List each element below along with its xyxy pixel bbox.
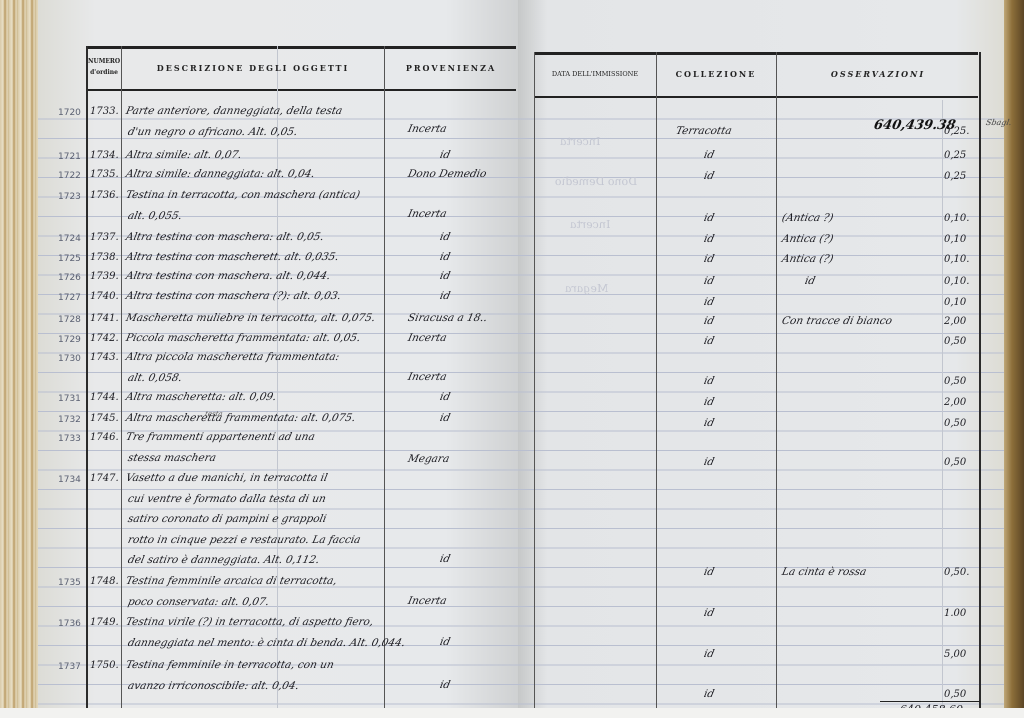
row-osservazioni: Antica (?) [781, 233, 835, 245]
entry-description-line: Testina femminile in terracotta, con un [125, 659, 335, 671]
left-table-left-border [86, 46, 88, 708]
row-valore: 0,50 [944, 457, 966, 468]
margin-number: 1721 [58, 152, 81, 162]
entry-description-line: Altra piccola mascheretta frammentata: [125, 351, 341, 363]
entry-description-line: rotto in cinque pezzi e restaurato. La f… [127, 534, 362, 546]
right-page [518, 0, 1004, 718]
bleed-through-line [277, 46, 278, 708]
right-table-top-border [534, 52, 978, 55]
entry-description-line: alt. 0,055. [127, 210, 183, 222]
right-table-left-border [534, 52, 535, 708]
left-header-bottom-border [86, 89, 516, 91]
header-collezione: COLLEZIONE [658, 69, 774, 79]
row-valore: 5,00 [944, 649, 966, 660]
margin-number: 1728 [58, 315, 81, 325]
margin-number: 1724 [58, 234, 81, 244]
total-underline [880, 701, 980, 702]
entry-description-line: Altra testina con maschera. alt. 0,044. [125, 270, 332, 282]
entry-number: 1747. [90, 473, 119, 484]
row-valore: 1.00 [944, 608, 966, 619]
entry-number: 1737. [90, 232, 119, 243]
row-valore: 0,50 [944, 376, 966, 387]
entry-number: 1748. [90, 576, 119, 587]
row-osservazioni: La cinta è rossa [781, 566, 868, 578]
entry-description-line: Piccola mascheretta frammentata: alt. 0,… [125, 332, 362, 344]
row-osservazioni: Antica (?) [781, 253, 835, 265]
bleed-through-text: Incerta [559, 135, 602, 148]
col-divider-numero [121, 46, 122, 708]
ruled-lines [518, 100, 1004, 718]
row-valore: 0,10. [944, 254, 969, 265]
header-descrizione: DESCRIZIONE DEGLI OGGETTI [124, 63, 382, 73]
entry-description-line: Tre frammenti appartenenti ad una [125, 431, 316, 443]
entry-description-line: Altra testina con maschera: alt. 0,05. [125, 231, 325, 243]
col-divider-provenienza [384, 46, 385, 708]
bottom-strip [0, 708, 1024, 718]
entry-description-line: satiro coronato di pampini e grappoli [127, 513, 328, 525]
entry-provenienza: Incerta [407, 595, 448, 607]
row-valore: 2,00 [944, 397, 966, 408]
entry-description-line: d'un negro o africano. Alt. 0,05. [127, 126, 299, 138]
entry-provenienza: Incerta [407, 371, 448, 383]
margin-number: 1733 [58, 434, 81, 444]
entry-description-line: Altra mascheretta frammentata: alt. 0,07… [125, 412, 357, 424]
entry-description-line: Mascheretta muliebre in terracotta, alt.… [125, 312, 377, 324]
entry-description-line: Vasetto a due manichi, in terracotta il [125, 472, 329, 484]
margin-number: 1727 [58, 293, 81, 303]
margin-number: 1722 [58, 171, 81, 181]
margin-number: 1726 [58, 273, 81, 283]
entry-number: 1742. [90, 333, 119, 344]
entry-number: 1741. [90, 313, 119, 324]
header-data-immissione: DATA DELL'IMMISSIONE [536, 70, 654, 78]
entry-description-line: del satiro è danneggiata. Alt. 0,112. [127, 554, 321, 566]
entry-number: 1740. [90, 291, 119, 302]
entry-description-line: Altra testina con mascherett. alt. 0,035… [125, 251, 340, 263]
margin-number: 1735 [58, 578, 81, 588]
entry-provenienza: Incerta [407, 208, 448, 220]
margin-number: 1720 [58, 108, 81, 118]
entry-description-line: cui ventre è formato dalla testa di un [127, 493, 327, 505]
entry-number: 1750. [90, 660, 119, 671]
bleed-through-text: Megara [564, 282, 609, 295]
entry-description-line: poco conservata: alt. 0,07. [127, 596, 271, 608]
right-header-bottom-border [534, 96, 978, 98]
row-valore: 0,50 [944, 418, 966, 429]
col-divider-osservazioni [776, 52, 777, 708]
entry-provenienza: Dono Demedio [407, 168, 488, 180]
book-cover-edge [1004, 0, 1024, 718]
margin-number: 1734 [58, 475, 81, 485]
entry-description-line: alt. 0,058. [127, 372, 183, 384]
entry-number: 1734. [90, 150, 119, 161]
entry-provenienza: Incerta [407, 123, 448, 135]
right-table-right-border [979, 52, 981, 708]
row-valore: 0,50 [944, 336, 966, 347]
margin-note: Sbagl. [985, 118, 1013, 127]
entry-number: 1746. [90, 432, 119, 443]
col-divider-collezione [656, 52, 657, 708]
row-collezione: Terracotta [675, 125, 733, 137]
small-annotation-testa: testa [204, 410, 223, 418]
row-valore: 0,25 [944, 150, 966, 161]
entry-description-line: avanzo irriconoscibile: alt. 0,04. [127, 680, 300, 692]
bleed-through-text: Incerta [569, 218, 612, 231]
margin-number: 1729 [58, 335, 81, 345]
entry-description-line: Altra testina con maschera (?): alt. 0,0… [125, 290, 342, 302]
margin-number: 1723 [58, 192, 81, 202]
entry-description-line: danneggiata nel mento: è cinta di benda.… [127, 637, 407, 649]
row-valore: 0,10. [944, 276, 969, 287]
entry-description-line: Parte anteriore, danneggiata, della test… [125, 105, 344, 117]
entry-description-line: Altra simile: danneggiata: alt. 0,04. [125, 168, 316, 180]
carried-total: 640,439.38 [873, 118, 957, 133]
entry-description-line: Altra simile: alt. 0,07. [125, 149, 243, 161]
entry-number: 1743. [90, 352, 119, 363]
left-table-top-border [86, 46, 516, 49]
entry-provenienza: Incerta [407, 332, 448, 344]
entry-number: 1739. [90, 271, 119, 282]
entry-provenienza: Siracusa a 18.. [407, 312, 489, 324]
entry-description-line: Testina in terracotta, con maschera (ant… [125, 189, 361, 201]
margin-number: 1737 [58, 662, 81, 672]
margin-number: 1730 [58, 354, 81, 364]
row-valore: 0,10. [944, 213, 969, 224]
entry-description-line: stessa maschera [127, 452, 217, 464]
margin-number: 1725 [58, 254, 81, 264]
entry-provenienza: Megara [407, 453, 451, 465]
value-column-line [942, 100, 943, 708]
entry-number: 1736. [90, 190, 119, 201]
entry-description-line: Testina virile (?) in terracotta, di asp… [125, 616, 375, 628]
header-numero: NUMERO d'ordine [88, 56, 120, 78]
row-valore: 0,25 [944, 171, 966, 182]
row-valore: 2,00 [944, 316, 966, 327]
header-osservazioni: OSSERVAZIONI [780, 69, 976, 79]
margin-number: 1732 [58, 415, 81, 425]
row-osservazioni: (Antica ?) [781, 212, 835, 224]
row-valore: 0,10 [944, 234, 966, 245]
bleed-through-text: Dono Demedio [554, 175, 638, 188]
entry-number: 1733. [90, 106, 119, 117]
entry-number: 1749. [90, 617, 119, 628]
entry-description-line: Altra mascheretta: alt. 0,09. [125, 391, 278, 403]
entry-number: 1745. [90, 413, 119, 424]
margin-number: 1731 [58, 394, 81, 404]
entry-number: 1744. [90, 392, 119, 403]
row-osservazioni: Con tracce di bianco [781, 315, 894, 327]
row-valore: 0,50. [944, 567, 969, 578]
entry-number: 1738. [90, 252, 119, 263]
row-valore: 0,10 [944, 297, 966, 308]
margin-number: 1736 [58, 619, 81, 629]
header-provenienza: PROVENIENZA [386, 63, 516, 73]
entry-number: 1735. [90, 169, 119, 180]
entry-description-line: Testina femminile arcaica di terracotta, [125, 575, 338, 587]
row-valore: 0,50 [944, 689, 966, 700]
